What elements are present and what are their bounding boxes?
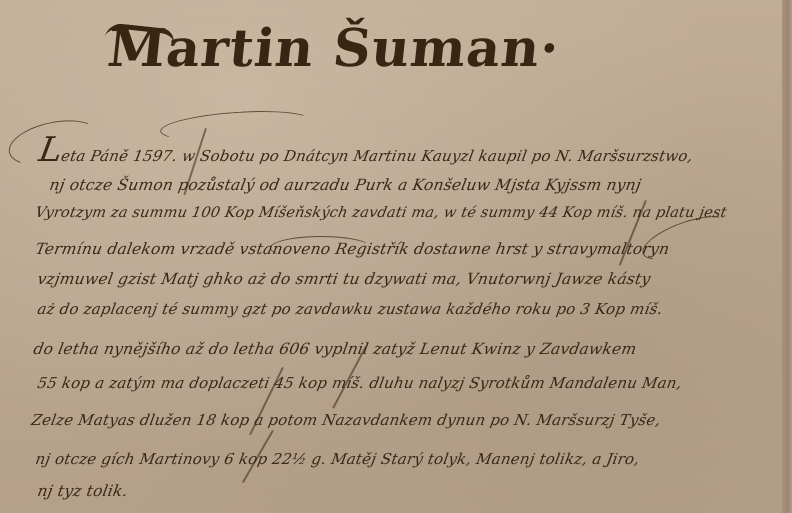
manuscript-line-5: vzjmuwel gzist Matj ghko aż do smrti tu … bbox=[36, 270, 652, 288]
manuscript-line-2: nj otcze Šumon pozůstalý od aurzadu Purk… bbox=[48, 176, 643, 194]
manuscript-line-9: Zelze Matyas dlužen 18 kop a potom Nazav… bbox=[30, 411, 662, 429]
manuscript-line-4: Termínu dalekom vrzadě vstanoveno Regist… bbox=[34, 240, 671, 258]
page-edge-shadow bbox=[782, 0, 792, 513]
manuscript-line-7: do letha nynějšího až do letha 606 vypln… bbox=[32, 340, 638, 358]
manuscript-line-3: Vyrotzym za summu 100 Kop Míšeňských zav… bbox=[34, 205, 728, 221]
manuscript-body: Leta Páně 1597. w Sobotu po Dnátcyn Mart… bbox=[0, 0, 792, 513]
manuscript-line-10: nj otcze gích Martinovy 6 kop 22½ g. Mat… bbox=[34, 450, 641, 468]
manuscript-line-8: 55 kop a zatým ma doplaczeti 45 kop míš.… bbox=[36, 374, 683, 392]
manuscript-page: Martin Šuman· Leta Páně 1597. w Sobotu p… bbox=[0, 0, 792, 513]
manuscript-line-11: nj tyz tolik. bbox=[36, 482, 129, 500]
manuscript-line-6: aż do zaplacenj té summy gzt po zavdawku… bbox=[36, 300, 664, 318]
manuscript-line-1: Leta Páně 1597. w Sobotu po Dnátcyn Mart… bbox=[36, 130, 697, 170]
